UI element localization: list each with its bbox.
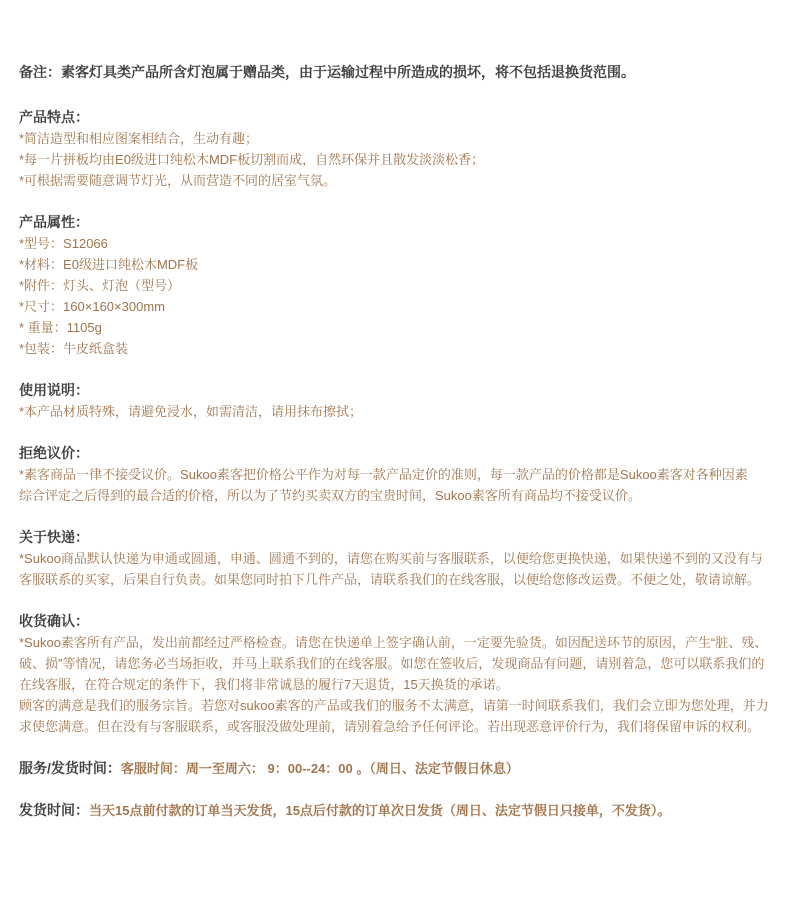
courier-line: 客服联系的买家，后果自行负责。如果您同时拍下几件产品，请联系我们的在线客服，以便…: [19, 569, 780, 590]
service-hours-row: 服务/发货时间：客服时间：周一至周六： 9：00--24：00 。（周日、法定节…: [19, 758, 780, 779]
section-heading: 使用说明：: [19, 380, 780, 401]
usage-line: *本产品材质特殊，请避免浸水，如需清洁，请用抹布擦拭；: [19, 401, 780, 422]
section-heading: 产品属性：: [19, 212, 780, 233]
section-heading: 产品特点：: [19, 107, 780, 128]
courier-line: *Sukoo商品默认快递为申通或圆通，申通、圆通不到的，请您在购买前与客服联系，…: [19, 548, 780, 569]
section-heading: 拒绝议价：: [19, 443, 780, 464]
attribute-accessories: *附件：灯头、灯泡（型号）: [19, 275, 780, 296]
shipping-time-label: 发货时间：: [19, 802, 89, 818]
receipt-line: *Sukoo素客所有产品，发出前都经过严格检查。请您在快递单上签字确认前，一定要…: [19, 632, 780, 653]
section-product-features: 产品特点： *简洁造型和相应图案相结合，生动有趣； *每一片拼板均由E0级进口纯…: [19, 107, 780, 191]
section-product-attributes: 产品属性： *型号：S12066 *材料：E0级进口纯松木MDF板 *附件：灯头…: [19, 212, 780, 359]
feature-line: *每一片拼板均由E0级进口纯松木MDF板切割而成，自然环保并且散发淡淡松香；: [19, 149, 780, 170]
attribute-material: *材料：E0级进口纯松木MDF板: [19, 254, 780, 275]
product-description-page: 备注：素客灯具类产品所含灯泡属于赠品类，由于运输过程中所造成的损坏，将不包括退换…: [0, 0, 800, 821]
attribute-weight: * 重量：1105g: [19, 317, 780, 338]
receipt-line: 在线客服，在符合规定的条件下，我们将非常诚恳的履行7天退货，15天换货的承诺。: [19, 674, 780, 695]
shipping-time-text: 当天15点前付款的订单当天发货，15点后付款的订单次日发货（周日、法定节假日只接…: [89, 803, 670, 818]
no-bargaining-line: *素客商品一律不接受议价。Sukoo素客把价格公平作为对每一款产品定价的准则，每…: [19, 464, 780, 485]
shipping-time-row: 发货时间：当天15点前付款的订单当天发货，15点后付款的订单次日发货（周日、法定…: [19, 800, 780, 821]
section-shipping-courier: 关于快递： *Sukoo商品默认快递为申通或圆通，申通、圆通不到的，请您在购买前…: [19, 527, 780, 590]
section-heading: 收货确认：: [19, 611, 780, 632]
service-hours-text: 客服时间：周一至周六： 9：00--24：00 。（周日、法定节假日休息）: [121, 761, 519, 776]
receipt-line: 求使您满意。但在没有与客服联系，或客服没做处理前，请别着急给予任何评论。若出现恶…: [19, 716, 780, 737]
section-usage-instructions: 使用说明： *本产品材质特殊，请避免浸水，如需清洁，请用抹布擦拭；: [19, 380, 780, 422]
attribute-packaging: *包装：牛皮纸盒装: [19, 338, 780, 359]
section-no-bargaining: 拒绝议价： *素客商品一律不接受议价。Sukoo素客把价格公平作为对每一款产品定…: [19, 443, 780, 506]
receipt-line: 顾客的满意是我们的服务宗旨。若您对sukoo素客的产品或我们的服务不太满意，请第…: [19, 695, 780, 716]
receipt-line: 破、损”等情况，请您务必当场拒收，并马上联系我们的在线客服。如您在签收后，发现商…: [19, 653, 780, 674]
remark-note: 备注：素客灯具类产品所含灯泡属于赠品类，由于运输过程中所造成的损坏，将不包括退换…: [19, 62, 780, 83]
service-hours-label: 服务/发货时间：: [19, 760, 121, 776]
feature-line: *可根据需要随意调节灯光，从而营造不同的居室气氛。: [19, 170, 780, 191]
attribute-model: *型号：S12066: [19, 233, 780, 254]
section-receipt-confirmation: 收货确认： *Sukoo素客所有产品，发出前都经过严格检查。请您在快递单上签字确…: [19, 611, 780, 737]
section-heading: 关于快递：: [19, 527, 780, 548]
no-bargaining-line: 综合评定之后得到的最合适的价格，所以为了节约买卖双方的宝贵时间，Sukoo素客所…: [19, 485, 780, 506]
attribute-size: *尺寸：160×160×300mm: [19, 296, 780, 317]
feature-line: *简洁造型和相应图案相结合，生动有趣；: [19, 128, 780, 149]
